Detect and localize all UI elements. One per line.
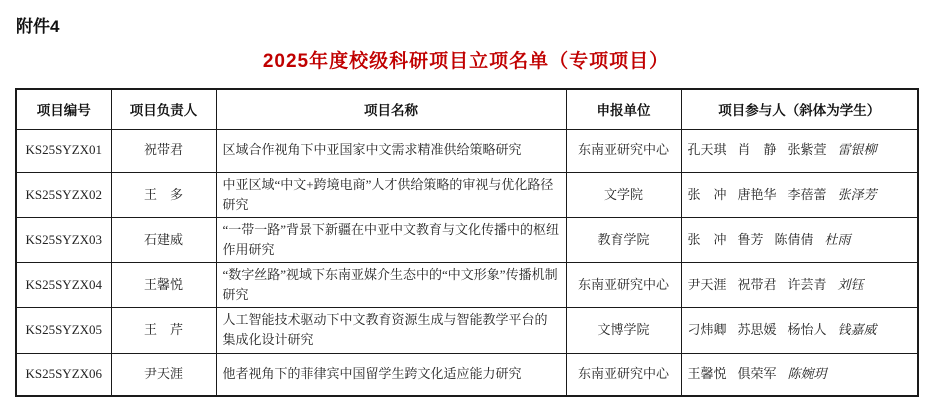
participant-name: 孔天琪 [688, 142, 727, 157]
participant-name: 王馨悦 [688, 366, 727, 381]
participant-name: 苏思媛 [738, 322, 777, 337]
table-row: KS25SYZX03石建威“一带一路”背景下新疆在中亚中文教育与文化传播中的枢纽… [16, 217, 918, 262]
cell-participants: 张 冲鲁芳陈倩倩杜雨 [681, 217, 918, 262]
cell-project-id: KS25SYZX06 [16, 353, 111, 396]
cell-unit: 文学院 [566, 172, 681, 217]
header-leader: 项目负责人 [111, 89, 216, 129]
cell-unit: 文博学院 [566, 308, 681, 353]
cell-unit: 东南亚研究中心 [566, 353, 681, 396]
table-body: KS25SYZX01祝带君区域合作视角下中亚国家中文需求精准供给策略研究东南亚研… [16, 129, 918, 396]
cell-leader: 尹天涯 [111, 353, 216, 396]
cell-unit: 教育学院 [566, 217, 681, 262]
cell-project-name: 他者视角下的菲律宾中国留学生跨文化适应能力研究 [216, 353, 566, 396]
cell-leader: 祝带君 [111, 129, 216, 172]
header-project-name: 项目名称 [216, 89, 566, 129]
participant-name: 尹天涯 [688, 277, 727, 292]
table-row: KS25SYZX06尹天涯他者视角下的菲律宾中国留学生跨文化适应能力研究东南亚研… [16, 353, 918, 396]
participant-name-student: 陈婉玥 [788, 366, 827, 381]
participant-name: 李蓓蕾 [788, 187, 827, 202]
header-unit: 申报单位 [566, 89, 681, 129]
cell-project-id: KS25SYZX02 [16, 172, 111, 217]
cell-project-id: KS25SYZX01 [16, 129, 111, 172]
participant-name-student: 张泽芳 [838, 187, 877, 202]
cell-project-name: 中亚区域“中文+跨境电商”人才供给策略的审视与优化路径研究 [216, 172, 566, 217]
attachment-label: 附件4 [16, 12, 59, 37]
cell-project-name: 区域合作视角下中亚国家中文需求精准供给策略研究 [216, 129, 566, 172]
cell-leader: 王 多 [111, 172, 216, 217]
cell-project-id: KS25SYZX04 [16, 263, 111, 308]
cell-unit: 东南亚研究中心 [566, 263, 681, 308]
cell-participants: 尹天涯祝带君许芸青刘钰 [681, 263, 918, 308]
cell-participants: 刁炜卿苏思媛杨怡人钱嘉威 [681, 308, 918, 353]
cell-participants: 孔天琪肖 静张紫萱雷银柳 [681, 129, 918, 172]
table-row: KS25SYZX02王 多中亚区域“中文+跨境电商”人才供给策略的审视与优化路径… [16, 172, 918, 217]
projects-table: 项目编号 项目负责人 项目名称 申报单位 项目参与人（斜体为学生） KS25SY… [15, 88, 919, 397]
participant-name-student: 雷银柳 [838, 142, 877, 157]
participant-name: 许芸青 [788, 277, 827, 292]
participant-name: 唐艳华 [738, 187, 777, 202]
participant-name: 张 冲 [688, 232, 727, 247]
table-row: KS25SYZX01祝带君区域合作视角下中亚国家中文需求精准供给策略研究东南亚研… [16, 129, 918, 172]
participant-name: 祝带君 [738, 277, 777, 292]
participant-name: 肖 静 [738, 142, 777, 157]
table-row: KS25SYZX05王 芹人工智能技术驱动下中文教育资源生成与智能教学平台的集成… [16, 308, 918, 353]
header-participants: 项目参与人（斜体为学生） [681, 89, 918, 129]
cell-project-id: KS25SYZX03 [16, 217, 111, 262]
participant-name: 俱荣军 [738, 366, 777, 381]
cell-participants: 张 冲唐艳华李蓓蕾张泽芳 [681, 172, 918, 217]
cell-leader: 石建威 [111, 217, 216, 262]
cell-project-id: KS25SYZX05 [16, 308, 111, 353]
header-row: 项目编号 项目负责人 项目名称 申报单位 项目参与人（斜体为学生） [16, 89, 918, 129]
cell-project-name: “一带一路”背景下新疆在中亚中文教育与文化传播中的枢纽作用研究 [216, 217, 566, 262]
cell-leader: 王馨悦 [111, 263, 216, 308]
participant-name: 鲁芳 [738, 232, 764, 247]
participant-name: 张 冲 [688, 187, 727, 202]
cell-project-name: 人工智能技术驱动下中文教育资源生成与智能教学平台的集成化设计研究 [216, 308, 566, 353]
cell-unit: 东南亚研究中心 [566, 129, 681, 172]
table-header: 项目编号 项目负责人 项目名称 申报单位 项目参与人（斜体为学生） [16, 89, 918, 129]
participant-name: 杨怡人 [788, 322, 827, 337]
cell-participants: 王馨悦俱荣军陈婉玥 [681, 353, 918, 396]
participant-name-student: 钱嘉威 [838, 322, 877, 337]
cell-leader: 王 芹 [111, 308, 216, 353]
page-title: 2025年度校级科研项目立项名单（专项项目） [0, 46, 932, 73]
table-row: KS25SYZX04王馨悦“数字丝路”视域下东南亚媒介生态中的“中文形象”传播机… [16, 263, 918, 308]
participant-name: 张紫萱 [788, 142, 827, 157]
header-project-id: 项目编号 [16, 89, 111, 129]
participant-name: 刁炜卿 [688, 322, 727, 337]
participant-name-student: 杜雨 [825, 232, 851, 247]
cell-project-name: “数字丝路”视域下东南亚媒介生态中的“中文形象”传播机制研究 [216, 263, 566, 308]
participant-name: 陈倩倩 [775, 232, 814, 247]
participant-name-student: 刘钰 [838, 277, 864, 292]
